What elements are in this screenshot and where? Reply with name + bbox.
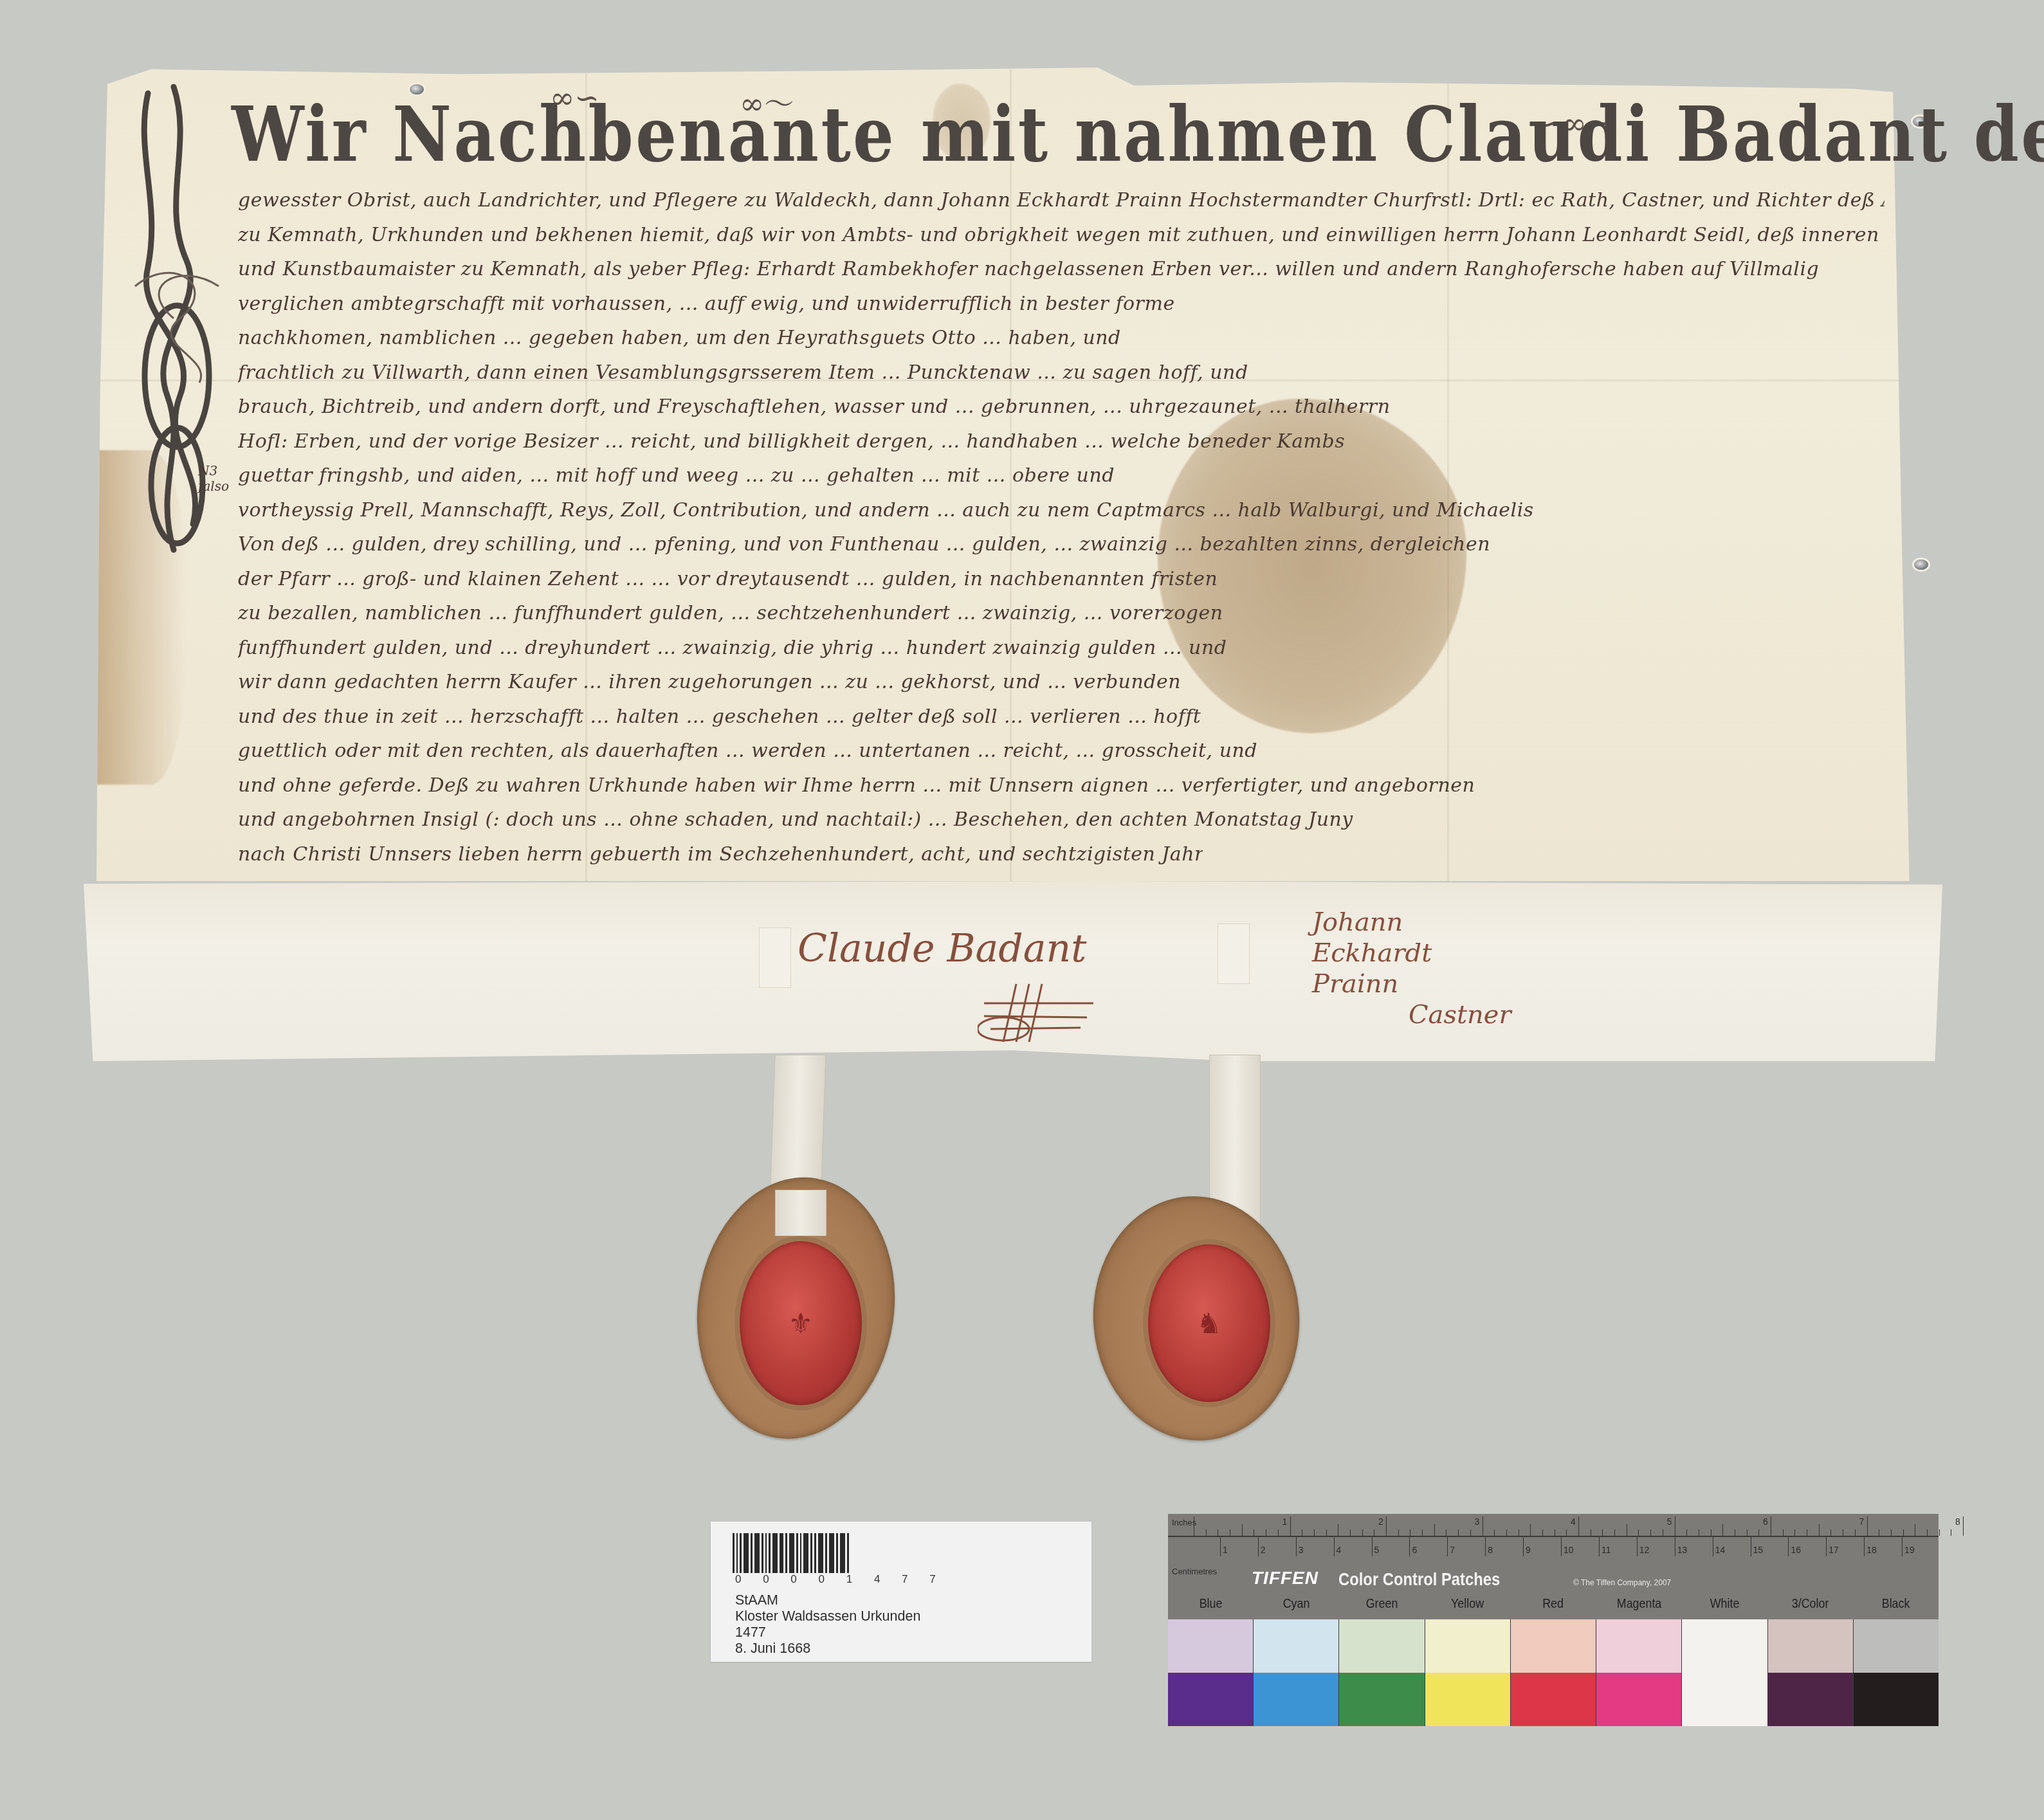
cm-label: 15	[1753, 1545, 1764, 1555]
ruler-tick	[1686, 1529, 1687, 1536]
ruler-tick	[1494, 1529, 1495, 1536]
ruler-tick	[1867, 1516, 1868, 1536]
ruler-tick	[1218, 1529, 1218, 1536]
cm-label: 16	[1791, 1545, 1801, 1555]
text-line: Hofl: Erben, und der vorige Besizer ... …	[238, 424, 1884, 459]
ruler-tick	[1362, 1529, 1363, 1536]
color-patch-dark	[1511, 1673, 1596, 1726]
ruler-tick	[1951, 1529, 1951, 1536]
ruler-tick	[1446, 1529, 1446, 1536]
ruler-tick	[1939, 1529, 1940, 1536]
ruler-tick	[1675, 1537, 1675, 1556]
ruler-tick	[1675, 1516, 1675, 1536]
document-heading: Wir Nachbenante mit nahmen Claudi Badant…	[232, 96, 1631, 172]
copyright-text: © The Tiffen Company, 2007	[1573, 1578, 1671, 1587]
color-patch-dark	[1425, 1673, 1510, 1726]
text-line: frachtlich zu Villwarth, dann einen Vesa…	[238, 356, 1884, 390]
ruler-tick	[1915, 1524, 1915, 1536]
patch-label-yellow: Yellow	[1431, 1596, 1504, 1618]
ruler-tick	[1409, 1537, 1410, 1556]
signature-johann-eckhardt-prainn: Johann Eckhardt Prainn Castner	[1312, 907, 1492, 1030]
ruler-tick	[1302, 1529, 1302, 1536]
patch-label-blue: Blue	[1174, 1596, 1247, 1618]
ruler-tick	[1434, 1524, 1435, 1536]
ruler-tick	[1747, 1529, 1747, 1536]
ruler-tick	[1807, 1529, 1807, 1536]
color-patch-dark	[1254, 1673, 1338, 1726]
ruler-tick	[1879, 1529, 1879, 1536]
ruler-tick	[1242, 1524, 1243, 1536]
wax-seal-right: ♞	[1148, 1244, 1270, 1402]
ruler-tick	[1220, 1537, 1221, 1556]
patch-column-3color	[1767, 1619, 1853, 1726]
color-patch-dark	[1168, 1673, 1253, 1726]
ruler-tick	[1398, 1529, 1399, 1536]
patch-label-white: White	[1688, 1596, 1761, 1618]
ruler-tick	[1650, 1529, 1651, 1536]
ruler-tick	[1927, 1529, 1928, 1536]
ruler-tick	[1334, 1537, 1335, 1556]
ruler-tick	[1561, 1537, 1562, 1556]
text-line: und Kunstbaumaister zu Kemnath, als yebe…	[238, 252, 1884, 287]
cm-label: 7	[1450, 1545, 1455, 1555]
ruler-tick	[1542, 1529, 1543, 1536]
color-patch-light	[1682, 1619, 1767, 1673]
ruler-tick	[1422, 1529, 1423, 1536]
ruler-tick	[1338, 1524, 1338, 1536]
ruler-tick	[1555, 1529, 1555, 1536]
text-line: nach Christi Unnsers lieben herrn gebuer…	[238, 837, 1203, 872]
patch-column-green	[1338, 1619, 1424, 1726]
ruler-tick	[1290, 1516, 1291, 1536]
cm-label: 2	[1261, 1545, 1266, 1555]
text-line: nachkhomen, namblichen ... gegeben haben…	[238, 321, 1884, 356]
ruler-tick	[1711, 1529, 1711, 1536]
color-patch-light	[1168, 1619, 1253, 1673]
color-patches	[1168, 1619, 1939, 1726]
ruler-tick	[1372, 1537, 1373, 1556]
ruler-tick	[1278, 1529, 1279, 1536]
patch-label-black: Black	[1859, 1596, 1932, 1618]
ruler-tick	[1699, 1529, 1699, 1536]
ruler-tick	[1713, 1537, 1713, 1556]
color-patch-light	[1768, 1619, 1853, 1673]
cm-label: 9	[1526, 1545, 1531, 1555]
ruler-tick	[1470, 1529, 1471, 1536]
ruler-tick	[1410, 1529, 1410, 1536]
patch-column-black	[1853, 1619, 1939, 1726]
ruler-tick	[1735, 1529, 1735, 1536]
patch-label-3color: 3/Color	[1774, 1596, 1847, 1618]
patch-column-blue	[1168, 1619, 1253, 1726]
chart-title: Color Control Patches	[1338, 1569, 1500, 1590]
text-line: zu bezallen, namblichen ... funffhundert…	[238, 596, 1884, 631]
ruler-tick	[1530, 1524, 1531, 1536]
ruler-tick	[1963, 1516, 1964, 1536]
patch-column-magenta	[1596, 1619, 1681, 1726]
color-patch-light	[1339, 1619, 1424, 1673]
ruler-tick	[1314, 1529, 1315, 1536]
text-line: funffhundert gulden, und ... dreyhundert…	[238, 631, 1884, 666]
seal-slot	[759, 927, 791, 988]
signature-paraph-icon	[978, 978, 1106, 1048]
signature-claude-badant: Claude Badant	[798, 926, 1086, 971]
ruler-tick	[1638, 1529, 1639, 1536]
cm-label: 18	[1866, 1545, 1877, 1555]
seal-strap-left	[775, 1190, 826, 1236]
patch-label-red: Red	[1517, 1596, 1589, 1618]
color-patch-dark	[1768, 1673, 1853, 1726]
ruler-tick	[1771, 1516, 1771, 1536]
cm-label: 17	[1829, 1545, 1839, 1555]
ruler-tick	[1751, 1537, 1751, 1556]
ruler-tick	[1591, 1529, 1591, 1536]
ruler-tick	[1350, 1529, 1351, 1536]
ruler-tick	[1758, 1529, 1759, 1536]
ruler-tick	[1614, 1529, 1615, 1536]
text-line: vortheyssig Prell, Mannschafft, Reys, Zo…	[238, 493, 1884, 528]
text-line: guettar fringshb, und aiden, ... mit hof…	[238, 459, 1884, 493]
cm-label: 6	[1412, 1545, 1417, 1555]
patch-column-cyan	[1253, 1619, 1338, 1726]
margin-note: N3 falso	[198, 463, 237, 494]
patch-column-red	[1510, 1619, 1596, 1726]
cm-label: 10	[1564, 1545, 1574, 1555]
mounting-pin	[1914, 560, 1928, 570]
ruler-tick	[1627, 1524, 1627, 1536]
patch-label-green: Green	[1346, 1596, 1418, 1618]
text-line: guettlich oder mit den rechten, als daue…	[238, 734, 1884, 769]
ruler-tick	[1602, 1529, 1603, 1536]
ruler-tick	[1258, 1537, 1259, 1556]
ruler-tick	[1855, 1529, 1856, 1536]
color-patch-dark	[1596, 1673, 1681, 1726]
ruler-tick	[1830, 1529, 1831, 1536]
inch-label: 6	[1763, 1516, 1768, 1527]
wax-seal-left: ⚜	[740, 1241, 862, 1405]
text-line: zu Kemnath, Urkhunden und bekhenen hiemi…	[238, 218, 1884, 253]
ruler-tick	[1663, 1529, 1663, 1536]
text-line: verglichen ambtegrschafft mit vorhaussen…	[238, 287, 1884, 322]
ruler-tick	[1891, 1529, 1892, 1536]
ruler-tick	[1722, 1524, 1723, 1536]
decorated-initial-icon	[122, 74, 232, 588]
heraldic-emblem-icon: ♞	[1196, 1307, 1221, 1340]
patch-label-magenta: Magenta	[1603, 1596, 1675, 1618]
ruler-tick	[1637, 1537, 1638, 1556]
text-line: wir dann gedachten herrn Kaufer ... ihre…	[238, 665, 1884, 700]
inch-label: 3	[1475, 1516, 1480, 1527]
ruler-tick	[1864, 1537, 1865, 1556]
ruler-tick	[1902, 1537, 1903, 1556]
document-number: 1477	[735, 1624, 920, 1641]
ruler-tick	[1599, 1537, 1600, 1556]
inch-label: 5	[1667, 1516, 1672, 1527]
color-patch-dark	[1682, 1673, 1767, 1726]
ruler-tick	[1788, 1537, 1789, 1556]
ruler-tick	[1206, 1529, 1207, 1536]
inch-label: 2	[1378, 1516, 1383, 1527]
cm-label: 19	[1904, 1545, 1915, 1555]
ruler-tick	[1447, 1537, 1448, 1556]
ruler-tick	[1485, 1537, 1486, 1556]
text-line: und angebohrnen Insigl (: doch uns ... o…	[238, 803, 1884, 837]
ruler-tick	[1566, 1529, 1567, 1536]
ruler-tick	[1506, 1529, 1507, 1536]
ruler-tick	[1254, 1529, 1254, 1536]
patch-label-cyan: Cyan	[1260, 1596, 1333, 1618]
text-line: brauch, Bichtreib, und andern dorft, und…	[238, 390, 1884, 424]
seal-slot	[1218, 924, 1250, 984]
cm-label: 14	[1715, 1545, 1726, 1555]
ruler-tick	[1458, 1529, 1459, 1536]
ruler-tick	[1578, 1516, 1579, 1536]
cm-label: 11	[1601, 1545, 1611, 1555]
inches-label: Inches	[1172, 1518, 1196, 1527]
signature-name: Johann Eckhardt Prainn	[1312, 907, 1432, 999]
inch-label: 7	[1859, 1516, 1865, 1527]
ruler-tick	[1326, 1529, 1327, 1536]
text-line: und des thue in zeit ... herzschafft ...…	[238, 700, 1884, 734]
ruler-tick	[1194, 1516, 1194, 1536]
color-patch-light	[1511, 1619, 1596, 1673]
collection-name: Kloster Waldsassen Urkunden	[735, 1608, 920, 1624]
barcode	[733, 1533, 849, 1573]
text-line: Von deß ... gulden, drey schilling, und …	[238, 527, 1884, 562]
patch-labels: Blue Cyan Green Yellow Red Magenta White…	[1168, 1596, 1939, 1618]
ruler-tick	[1826, 1537, 1827, 1556]
archive-label: 0 0 0 0 1 4 7 7 StAAM Kloster Waldsassen…	[711, 1522, 1091, 1662]
patch-column-yellow	[1425, 1619, 1510, 1726]
tiffen-logo: TIFFEN	[1252, 1568, 1319, 1588]
ruler-tick	[1374, 1529, 1374, 1536]
text-line: und ohne geferde. Deß zu wahren Urkhunde…	[238, 769, 1884, 803]
heraldic-emblem-icon: ⚜	[788, 1307, 813, 1340]
ruler-tick	[1843, 1529, 1843, 1536]
ruler-tick	[1296, 1537, 1297, 1556]
signature-title: Castner	[1312, 1000, 1511, 1030]
tiffen-color-chart: Inches 12345678 123456789101112131415161…	[1168, 1514, 1939, 1726]
barcode-digits: 0 0 0 0 1 4 7 7	[735, 1573, 945, 1586]
cm-label: 5	[1374, 1545, 1380, 1555]
ruler-tick	[1266, 1529, 1266, 1536]
cm-label: 13	[1677, 1545, 1688, 1555]
ruler-tick	[1819, 1524, 1820, 1536]
ruler-tick	[1903, 1529, 1904, 1536]
cm-label: 4	[1337, 1545, 1342, 1555]
archive-name: StAAM	[735, 1592, 920, 1608]
ruler-tick	[1386, 1516, 1387, 1536]
color-patch-light	[1596, 1619, 1681, 1673]
color-patch-light	[1254, 1619, 1338, 1673]
centimetres-label: Centimetres	[1172, 1567, 1217, 1576]
inch-label: 8	[1955, 1516, 1960, 1527]
color-patch-dark	[1854, 1673, 1939, 1726]
patch-column-white	[1681, 1619, 1767, 1726]
ruler-tick	[1483, 1516, 1483, 1536]
document-date: 8. Juni 1668	[735, 1641, 920, 1657]
color-patch-light	[1425, 1619, 1510, 1673]
cm-label: 12	[1639, 1545, 1650, 1555]
cm-label: 8	[1488, 1545, 1493, 1555]
color-patch-light	[1854, 1619, 1939, 1673]
ruler-tick	[1783, 1529, 1784, 1536]
ruler-tick	[1230, 1529, 1230, 1536]
ruler-tick	[1519, 1529, 1519, 1536]
text-line: gewesster Obrist, auch Landrichter, und …	[238, 183, 1884, 218]
color-patch-dark	[1339, 1673, 1424, 1726]
text-line: der Pfarr ... groß- und klainen Zehent .…	[238, 562, 1884, 597]
inch-label: 1	[1282, 1516, 1288, 1527]
inch-label: 4	[1571, 1516, 1576, 1527]
ruler: Inches 12345678 123456789101112131415161…	[1168, 1514, 1939, 1561]
ruler-tick	[1794, 1529, 1795, 1536]
charter-text: gewesster Obrist, auch Landrichter, und …	[238, 183, 1884, 871]
cm-label: 3	[1299, 1545, 1304, 1555]
ruler-tick	[1523, 1537, 1524, 1556]
cm-label: 1	[1223, 1545, 1228, 1555]
